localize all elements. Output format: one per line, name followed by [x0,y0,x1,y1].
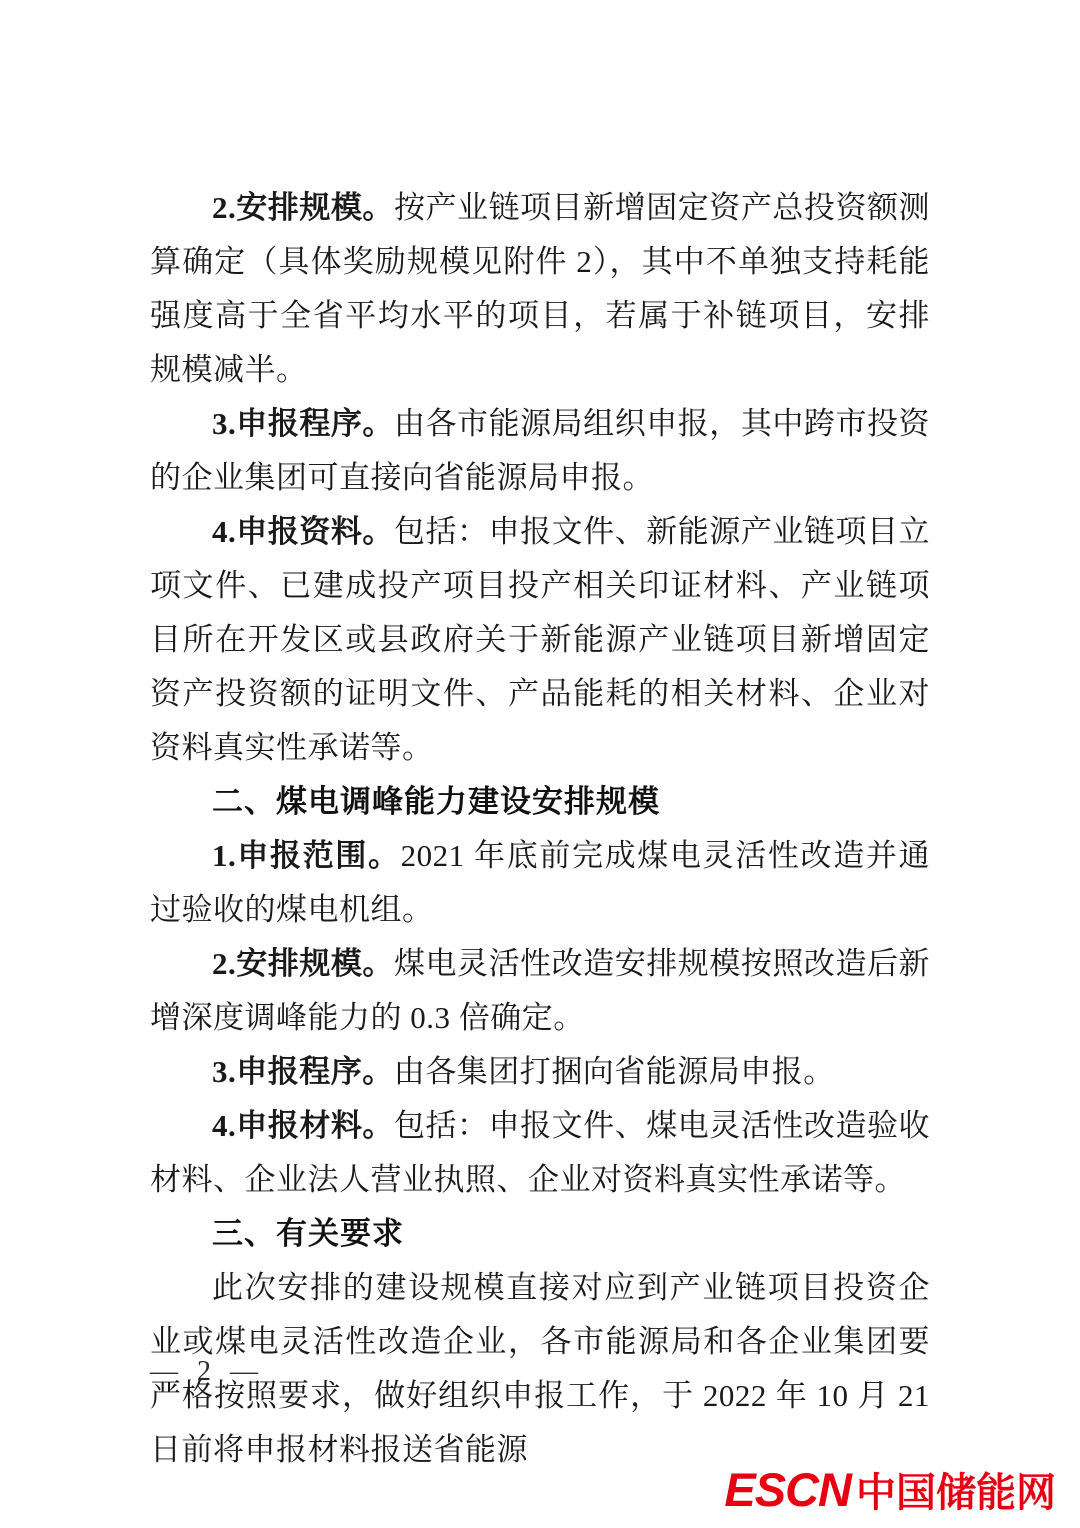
paragraph-lead: 1.申报范围。 [212,838,401,873]
paragraph-lead: 4.申报资料。 [212,514,394,549]
paragraph-text: 由各集团打捆向省能源局申报。 [394,1054,835,1089]
paragraph: 3.申报程序。由各市能源局组织申报，其中跨市投资的企业集团可直接向省能源局申报。 [150,397,930,505]
paragraph: 2.安排规模。煤电灵活性改造安排规模按照改造后新增深度调峰能力的 0.3 倍确定… [150,937,930,1045]
escn-watermark-logo: ESCN 中国储能网 [724,1466,1056,1515]
paragraph: 4.申报材料。包括：申报文件、煤电灵活性改造验收材料、企业法人营业执照、企业对资… [150,1099,930,1207]
paragraph: 1.申报范围。2021 年底前完成煤电灵活性改造并通过验收的煤电机组。 [150,829,930,937]
section-heading: 三、有关要求 [150,1207,930,1261]
paragraph-lead: 2.安排规模。 [212,946,394,981]
paragraph-lead: 3.申报程序。 [212,406,394,441]
document-page: 2.安排规模。按产业链项目新增固定资产总投资额测算确定（具体奖励规模见附件 2）… [0,0,1080,1528]
paragraph-text: 此次安排的建设规模直接对应到产业链项目投资企业或煤电灵活性改造企业，各市能源局和… [150,1270,930,1467]
paragraph-text: 包括：申报文件、新能源产业链项目立项文件、已建成投产项目投产相关印证材料、产业链… [150,514,930,765]
paragraph-lead: 3.申报程序。 [212,1054,394,1089]
paragraph-lead: 4.申报材料。 [212,1108,394,1143]
paragraph: 4.申报资料。包括：申报文件、新能源产业链项目立项文件、已建成投产项目投产相关印… [150,505,930,775]
paragraph-lead: 2.安排规模。 [212,190,394,225]
section-heading: 二、煤电调峰能力建设安排规模 [150,775,930,829]
document-body: 2.安排规模。按产业链项目新增固定资产总投资额测算确定（具体奖励规模见附件 2）… [150,181,930,1477]
paragraph: 3.申报程序。由各集团打捆向省能源局申报。 [150,1045,930,1099]
paragraph: 此次安排的建设规模直接对应到产业链项目投资企业或煤电灵活性改造企业，各市能源局和… [150,1261,930,1477]
paragraph: 2.安排规模。按产业链项目新增固定资产总投资额测算确定（具体奖励规模见附件 2）… [150,181,930,397]
escn-logo-chinese: 中国储能网 [856,1471,1056,1515]
page-number: — 2 — [150,1355,264,1389]
escn-logo-latin: ESCN [724,1466,851,1513]
